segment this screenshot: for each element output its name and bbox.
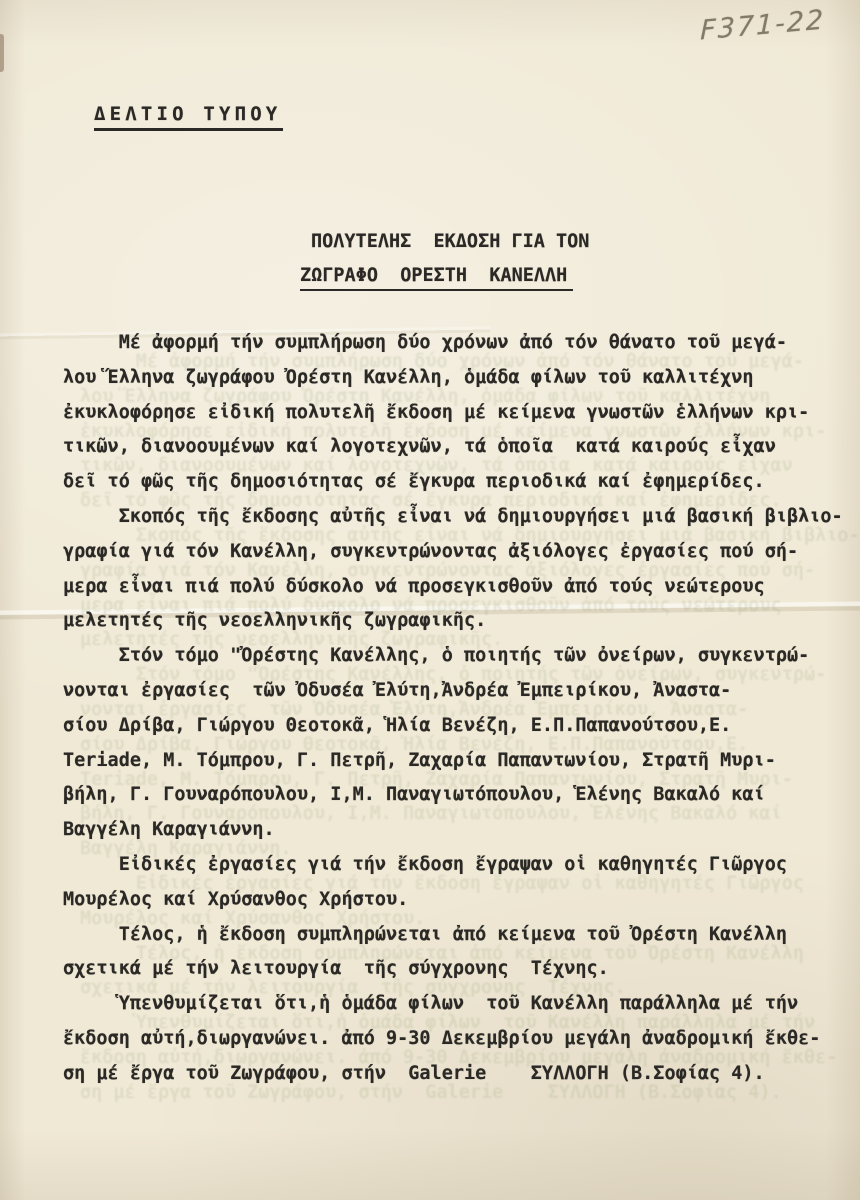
paper-edge-mark [0,34,4,72]
document-title-line-1: ΠΟΛΥΤΕΛΗΣ ΕΚΔΟΣΗ ΓΙΑ ΤΟΝ [311,231,589,252]
scanned-press-release-page: Μέ ἀφορμή τήν συμπλήρωση δύο χρόνων ἀπό … [0,0,860,1200]
text-line: γραφία γιά τόν Κανέλλη, συγκεντρώνοντας … [63,535,823,570]
text-line: νονται ἐργασίες τῶν Ὀδυσέα Ἐλύτη,Ἀνδρέα … [63,674,823,709]
text-line: μελετητές τῆς νεοελληνικῆς ζωγραφικῆς. [63,604,823,639]
handwritten-archive-code: F371-22 [700,1,860,47]
text-line: ση μέ ἔργα τοῦ Ζωγράφου, στήν Galerie ΣΥ… [63,1057,823,1092]
text-line: Σκοπός τῆς ἔκδοσης αὐτῆς εἶναι νά δημιου… [63,500,823,535]
text-line: δεῖ τό φῶς τῆς δημοσιότητας σέ ἔγκυρα πε… [63,465,823,500]
text-line: σίου Δρίβα, Γιώργου Θεοτοκᾶ, Ἡλία Βενέζη… [63,709,823,744]
text-line: σχετικά μέ τήν λειτουργία τῆς σύγχρονης … [63,952,823,987]
text-line: ἐκυκλοφόρησε εἰδική πολυτελῆ ἔκδοση μέ κ… [63,396,823,431]
text-line: Τέλος, ἡ ἔκδοση συμπληρώνεται ἀπό κείμεν… [63,918,823,953]
text-line: Teriade, Μ. Τόμπρου, Γ. Πετρῆ, Ζαχαρία Π… [63,744,823,779]
text-line: λου Ἕλληνα ζωγράφου Ὀρέστη Κανέλλη, ὁμάδ… [63,361,823,396]
text-line: Εἰδικές ἐργασίες γιά τήν ἔκδοση ἔγραψαν … [63,848,823,883]
press-release-heading: ΔΕΛΤΙΟ ΤΥΠΟΥ [94,103,283,131]
text-line: ἔκδοση αὐτή,διωργανώνει. ἀπό 9-30 Δεκεμβ… [63,1022,823,1057]
text-line: Βαγγέλη Καραγιάννη. [63,813,823,848]
text-line: τικῶν, διανοουμένων καί λογοτεχνῶν, τά ὁ… [63,430,823,465]
text-line: βήλη, Γ. Γουναρόπουλου, Ι,Μ. Παναγιωτόπο… [63,778,823,813]
text-line: μερα εἶναι πιά πολύ δύσκολο νά προσεγκισ… [63,570,823,605]
text-line: Μουρέλος καί Χρύσανθος Χρήστου. [63,883,823,918]
document-title-line-2: ΖΩΓΡΑΦΟ ΟΡΕΣΤΗ ΚΑΝΕΛΛΗ [300,265,573,291]
text-line: Μέ ἀφορμή τήν συμπλήρωση δύο χρόνων ἀπό … [63,326,823,361]
text-line: Ὑπενθυμίζεται ὅτι,ἡ ὁμάδα φίλων τοῦ Κανέ… [63,987,823,1022]
text-line: Στόν τόμο "Ὀρέστης Κανέλλης, ὁ ποιητής τ… [63,639,823,674]
body-text: Μέ ἀφορμή τήν συμπλήρωση δύο χρόνων ἀπό … [63,326,823,1092]
